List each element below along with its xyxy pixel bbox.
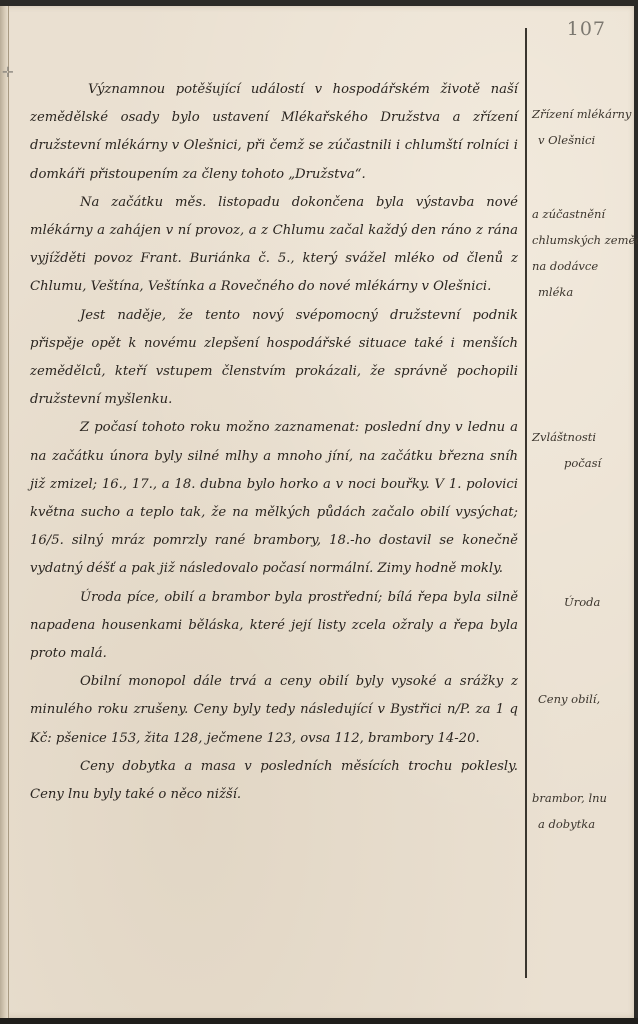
- page-number: 107: [567, 18, 606, 40]
- margin-note-grain-prices: Ceny obilí,: [532, 686, 632, 712]
- margin-note-participation: a zúčastnění chlumských zeměd. na dodávc…: [532, 201, 632, 305]
- margin-note-line: na dodávce: [532, 253, 632, 279]
- paragraph-harvest: Úroda píce, obilí a brambor byla prostře…: [30, 584, 518, 669]
- paragraph-grain-prices: Obilní monopol dále trvá a ceny obilí by…: [30, 668, 518, 753]
- margin-note-line: Úroda: [532, 589, 632, 615]
- main-text-body: Významnou potěšující událostí v hospodář…: [30, 76, 518, 809]
- margin-note-line: Zvláštnosti: [532, 424, 632, 450]
- margin-note-line: Ceny obilí,: [532, 686, 632, 712]
- ledger-page: ✛ 107 Významnou potěšující událostí v ho…: [0, 6, 634, 1018]
- paragraph-cooperative-hope: Jest naděje, že tento nový svépomocný dr…: [30, 302, 518, 415]
- page-binding: [0, 6, 9, 1018]
- margin-note-line: Zřízení mlékárny: [532, 101, 632, 127]
- margin-note-line: počasí: [532, 450, 632, 476]
- margin-note-line: v Olešnici: [532, 127, 632, 153]
- margin-note-line: a dobytka: [532, 811, 632, 837]
- paragraph-cattle-prices: Ceny dobytka a masa v posledních měsícíc…: [30, 753, 518, 809]
- binding-stitch-mark: ✛: [2, 66, 16, 80]
- margin-note-line: a zúčastnění: [532, 201, 632, 227]
- margin-note-line: brambor, lnu: [532, 785, 632, 811]
- page-bottom-edge: [0, 1018, 638, 1024]
- margin-note-weather: Zvláštnosti počasí: [532, 424, 632, 476]
- margin-note-line: mléka: [532, 279, 632, 305]
- margin-note-line: chlumských zeměd.: [532, 227, 632, 253]
- paragraph-weather: Z počasí tohoto roku možno zaznamenat: p…: [30, 414, 518, 583]
- margin-rule-line: [525, 28, 527, 978]
- margin-note-harvest: Úroda: [532, 589, 632, 615]
- paragraph-dairy-opening: Na začátku měs. listopadu dokončena byla…: [30, 189, 518, 302]
- paragraph-dairy-cooperative: Významnou potěšující událostí v hospodář…: [30, 76, 518, 189]
- margin-note-dairy: Zřízení mlékárny v Olešnici: [532, 101, 632, 153]
- margin-note-potato-cattle: brambor, lnu a dobytka: [532, 785, 632, 837]
